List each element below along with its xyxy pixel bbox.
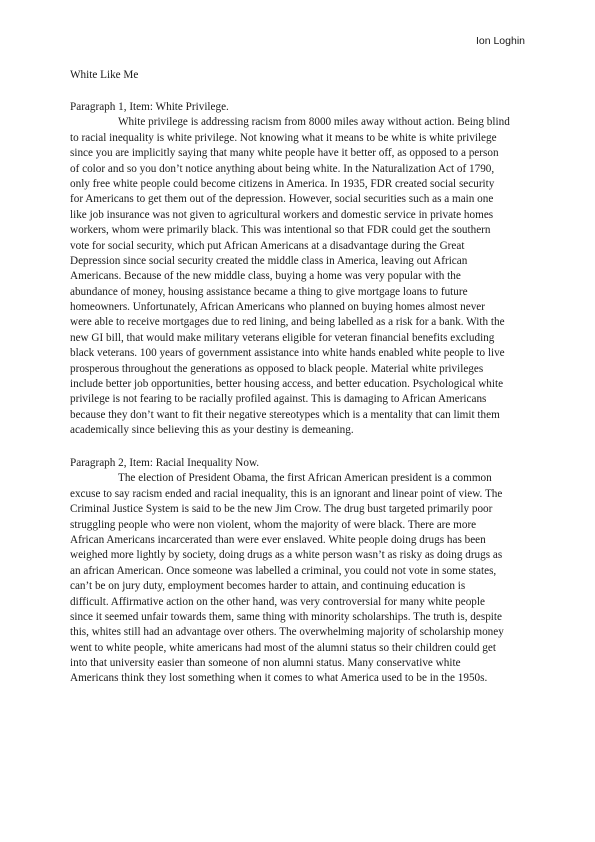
paragraph-line: vote for social security, which put Afri… (70, 239, 530, 254)
document-title: White Like Me (70, 68, 138, 82)
paragraph-line: an african American. Once someone was la… (70, 564, 530, 579)
paragraph-line: like job insurance was not given to agri… (70, 208, 530, 223)
paragraph-line: only free white people could become citi… (70, 177, 530, 192)
paragraph-line: difficult. Affirmative action on the oth… (70, 595, 530, 610)
paragraph-line: privilege is not fearing to be racially … (70, 392, 530, 407)
section-racial-inequality-now: Paragraph 2, Item: Racial Inequality Now… (70, 456, 530, 687)
paragraph-line: Criminal Justice System is said to be th… (70, 502, 530, 517)
section-heading: Paragraph 2, Item: Racial Inequality Now… (70, 456, 530, 471)
paragraph-line: went to white people, white americans ha… (70, 641, 530, 656)
paragraph-line: struggling people who were non violent, … (70, 518, 530, 533)
paragraph-body: The election of President Obama, the fir… (70, 471, 530, 686)
paragraph-line: homeowners. Unfortunately, African Ameri… (70, 300, 530, 315)
paragraph-line: for Americans to get them out of the dep… (70, 192, 530, 207)
paragraph-line: Americans. Because of the new middle cla… (70, 269, 530, 284)
paragraph-line: White privilege is addressing racism fro… (70, 115, 530, 130)
paragraph-line: new GI bill, that would make military ve… (70, 331, 530, 346)
paragraph-line: workers, whom were primarily black. This… (70, 223, 530, 238)
paragraph-line: abundance of money, housing assistance b… (70, 285, 530, 300)
document-page: Ion Loghin White Like Me Paragraph 1, It… (0, 0, 595, 842)
paragraph-line: Americans think they lost something when… (70, 671, 530, 686)
paragraph-line: weighed more lightly by society, doing d… (70, 548, 530, 563)
paragraph-line: black veterans. 100 years of government … (70, 346, 530, 361)
paragraph-line: of color and so you don’t notice anythin… (70, 162, 530, 177)
section-heading: Paragraph 1, Item: White Privilege. (70, 100, 530, 115)
paragraph-line: since it seemed unfair towards them, sam… (70, 610, 530, 625)
paragraph-line: academically since believing this as you… (70, 423, 530, 438)
paragraph-line: include better job opportunities, better… (70, 377, 530, 392)
paragraph-line: into that university easier than someone… (70, 656, 530, 671)
paragraph-line: this, whites still had an advantage over… (70, 625, 530, 640)
paragraph-line: African Americans incarcerated than were… (70, 533, 530, 548)
paragraph-body: White privilege is addressing racism fro… (70, 115, 530, 438)
paragraph-line: because they don’t want to fit their neg… (70, 408, 530, 423)
paragraph-line: prosperous throughout the generations as… (70, 362, 530, 377)
paragraph-line: were able to receive mortgages due to re… (70, 315, 530, 330)
paragraph-line: The election of President Obama, the fir… (70, 471, 530, 486)
author-name: Ion Loghin (476, 35, 525, 48)
section-white-privilege: Paragraph 1, Item: White Privilege. Whit… (70, 100, 530, 439)
paragraph-line: Depression since social security created… (70, 254, 530, 269)
paragraph-line: to racial inequality is white privilege.… (70, 131, 530, 146)
paragraph-line: excuse to say racism ended and racial in… (70, 487, 530, 502)
paragraph-line: can’t be on jury duty, employment become… (70, 579, 530, 594)
paragraph-line: since you are implicitly saying that man… (70, 146, 530, 161)
